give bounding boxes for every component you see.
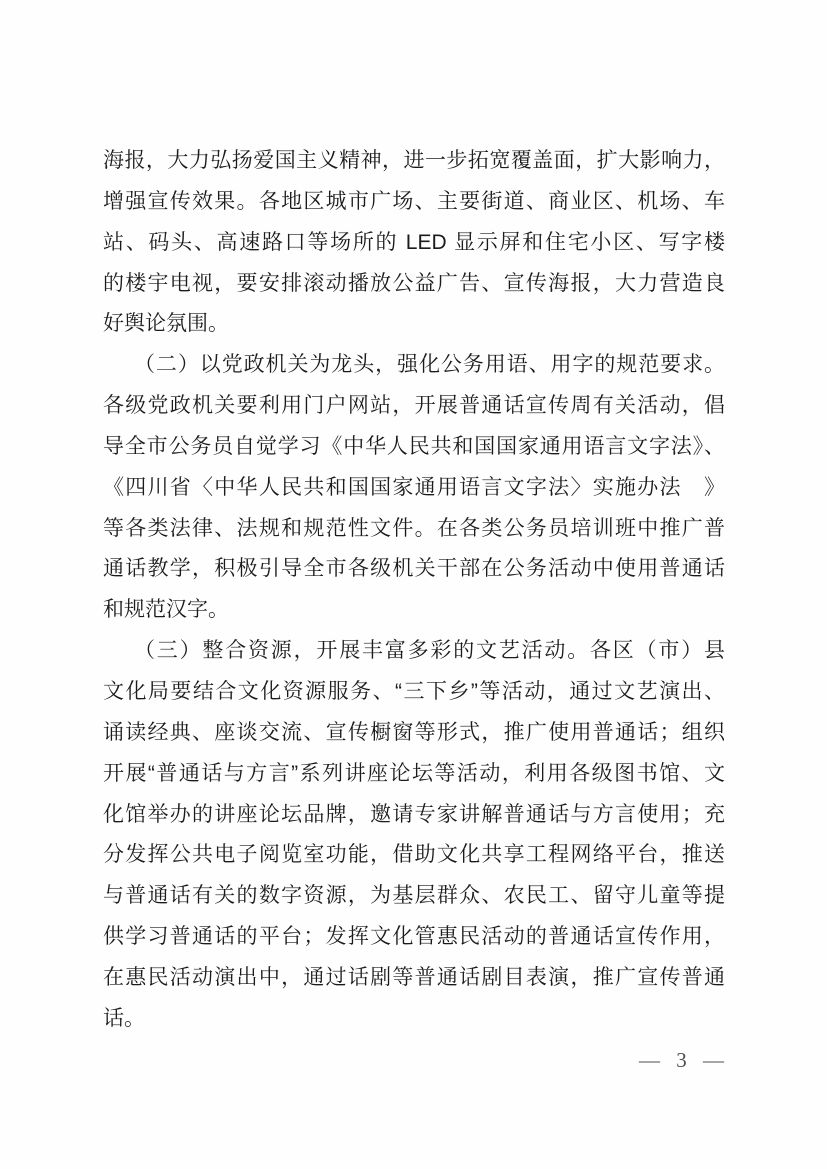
page-number-text: — 3 —	[639, 1048, 725, 1072]
text-line: 供学习普通话的平台；发挥文化管惠民活动的普通话宣传作用，	[103, 917, 725, 958]
text-line: 话。	[103, 999, 725, 1040]
document-body: 海报，大力弘扬爱国主义精神，进一步拓宽覆盖面，扩大影响力， 增强宣传效果。各地区…	[103, 141, 725, 1040]
document-page: 海报，大力弘扬爱国主义精神，进一步拓宽覆盖面，扩大影响力， 增强宣传效果。各地区…	[0, 0, 827, 1169]
text-line: 《四川省〈中华人民共和国国家通用语言文字法〉实施办法 》	[103, 468, 725, 509]
text-line: 的楼宇电视，要安排滚动播放公益广告、宣传海报，大力营造良	[103, 264, 725, 305]
text-line: 好舆论氛围。	[103, 304, 725, 345]
paragraph-section-three: （三）整合资源，开展丰富多彩的文艺活动。各区（市）县 文化局要结合文化资源服务、…	[103, 631, 725, 1039]
text-line: 导全市公务员自觉学习《中华人民共和国国家通用语言文字法》、	[103, 427, 725, 468]
text-line: 通话教学，积极引导全市各级机关干部在公务活动中使用普通话	[103, 549, 725, 590]
paragraph-continuation: 海报，大力弘扬爱国主义精神，进一步拓宽覆盖面，扩大影响力， 增强宣传效果。各地区…	[103, 141, 725, 345]
text-line: 诵读经典、座谈交流、宣传橱窗等形式，推广使用普通话；组织	[103, 713, 725, 754]
text-line: 海报，大力弘扬爱国主义精神，进一步拓宽覆盖面，扩大影响力，	[103, 141, 725, 182]
page-number: — 3 —	[103, 1048, 725, 1073]
text-line: 等各类法律、法规和规范性文件。在各类公务员培训班中推广普	[103, 509, 725, 550]
text-line: 和规范汉字。	[103, 590, 725, 631]
text-line: 在惠民活动演出中，通过话剧等普通话剧目表演，推广宣传普通	[103, 958, 725, 999]
text-line: 分发挥公共电子阅览室功能，借助文化共享工程网络平台，推送	[103, 835, 725, 876]
text-line: 文化局要结合文化资源服务、“三下乡”等活动，通过文艺演出、	[103, 672, 725, 713]
text-line: 化馆举办的讲座论坛品牌，邀请专家讲解普通话与方言使用；充	[103, 795, 725, 836]
text-line: 站、码头、高速路口等场所的 LED 显示屏和住宅小区、写字楼	[103, 223, 725, 264]
text-line: 各级党政机关要利用门户网站，开展普通话宣传周有关活动，倡	[103, 386, 725, 427]
text-line: 开展“普通话与方言”系列讲座论坛等活动，利用各级图书馆、文	[103, 754, 725, 795]
text-line: （三）整合资源，开展丰富多彩的文艺活动。各区（市）县	[103, 631, 725, 672]
text-line: 与普通话有关的数字资源，为基层群众、农民工、留守儿童等提	[103, 876, 725, 917]
paragraph-section-two: （二）以党政机关为龙头，强化公务用语、用字的规范要求。 各级党政机关要利用门户网…	[103, 345, 725, 631]
text-line: 增强宣传效果。各地区城市广场、主要街道、商业区、机场、车	[103, 182, 725, 223]
text-line: （二）以党政机关为龙头，强化公务用语、用字的规范要求。	[103, 345, 725, 386]
